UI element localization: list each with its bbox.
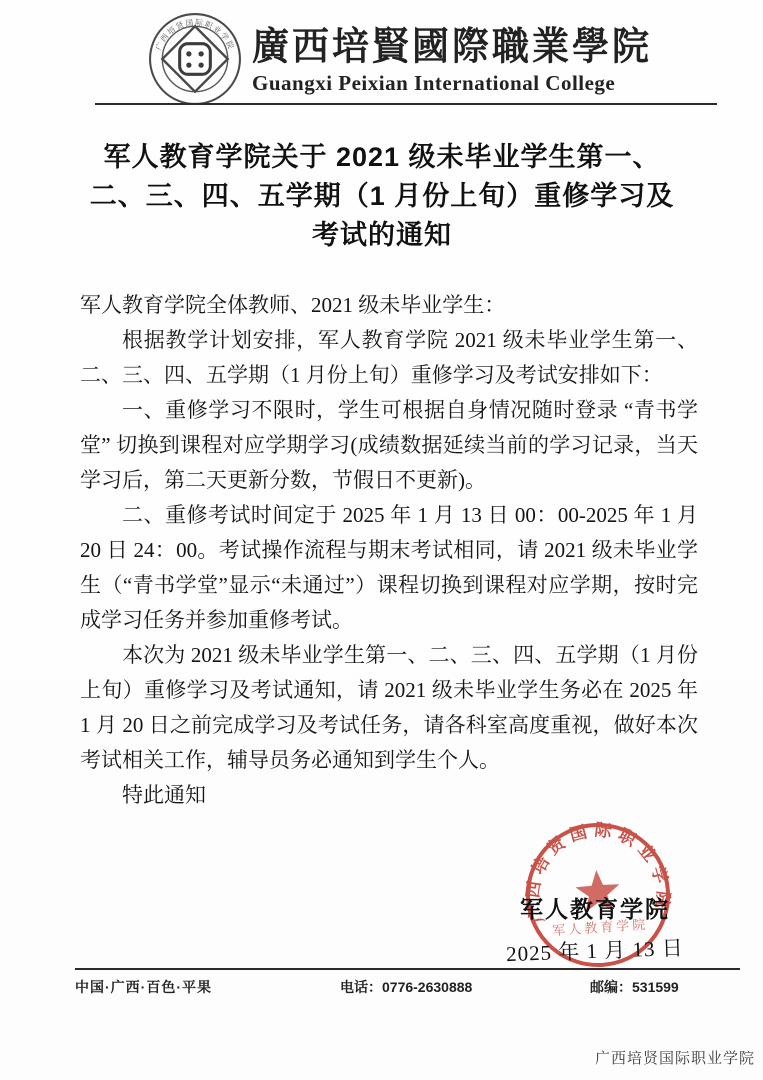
paragraph-hereby: 特此通知 [80, 778, 698, 813]
signature-department: 军人教育学院 [500, 895, 690, 925]
notice-body: 军人教育学院全体教师、2021 级未毕业学生： 根据教学计划安排，军人教育学院 … [80, 288, 698, 813]
header-divider [95, 103, 717, 105]
signature-date: 2025 年 1 月 13 日 [506, 932, 685, 968]
footer-address: 中国·广西·百色·平果 [75, 977, 340, 997]
college-name-english: Guangxi Peixian International College [252, 70, 652, 96]
notice-title: 军人教育学院关于 2021 级未毕业学生第一、二、三、四、五学期（1 月份上旬）… [82, 138, 682, 255]
corner-watermark: 广西培贤国际职业学院 [595, 1047, 755, 1068]
footer-phone: 电话：0776-2630888 [340, 977, 590, 997]
paragraph-item-1: 一、重修学习不限时，学生可根据自身情况随时登录 “青书学堂” 切换到课程对应学期… [80, 393, 698, 498]
college-name-chinese: 廣西培賢國際職業學院 [252, 21, 652, 71]
letterhead: 广西培贤国际职业学院 廣西培賢國際職業學院 Guangxi Peixian In… [148, 12, 652, 106]
paragraph-closing: 本次为 2021 级未毕业学生第一、二、三、四、五学期（1 月份上旬）重修学习及… [80, 638, 698, 778]
paragraph-intro: 根据教学计划安排，军人教育学院 2021 级未毕业学生第一、二、三、四、五学期（… [80, 323, 698, 393]
document-page: 广西培贤国际职业学院 廣西培賢國際職業學院 Guangxi Peixian In… [0, 0, 763, 1080]
college-name-block: 廣西培賢國際職業學院 Guangxi Peixian International… [252, 22, 652, 96]
salutation: 军人教育学院全体教师、2021 级未毕业学生： [80, 288, 698, 323]
signature-block: 军人教育学院 2025 年 1 月 13 日 [500, 895, 690, 965]
letterhead-footer: 中国·广西·百色·平果 电话：0776-2630888 邮编：531599 [75, 968, 740, 997]
paragraph-item-2: 二、重修考试时间定于 2025 年 1 月 13 日 00：00-2025 年 … [80, 498, 698, 638]
college-seal-icon: 广西培贤国际职业学院 [148, 12, 242, 106]
footer-postcode: 邮编：531599 [590, 977, 740, 997]
